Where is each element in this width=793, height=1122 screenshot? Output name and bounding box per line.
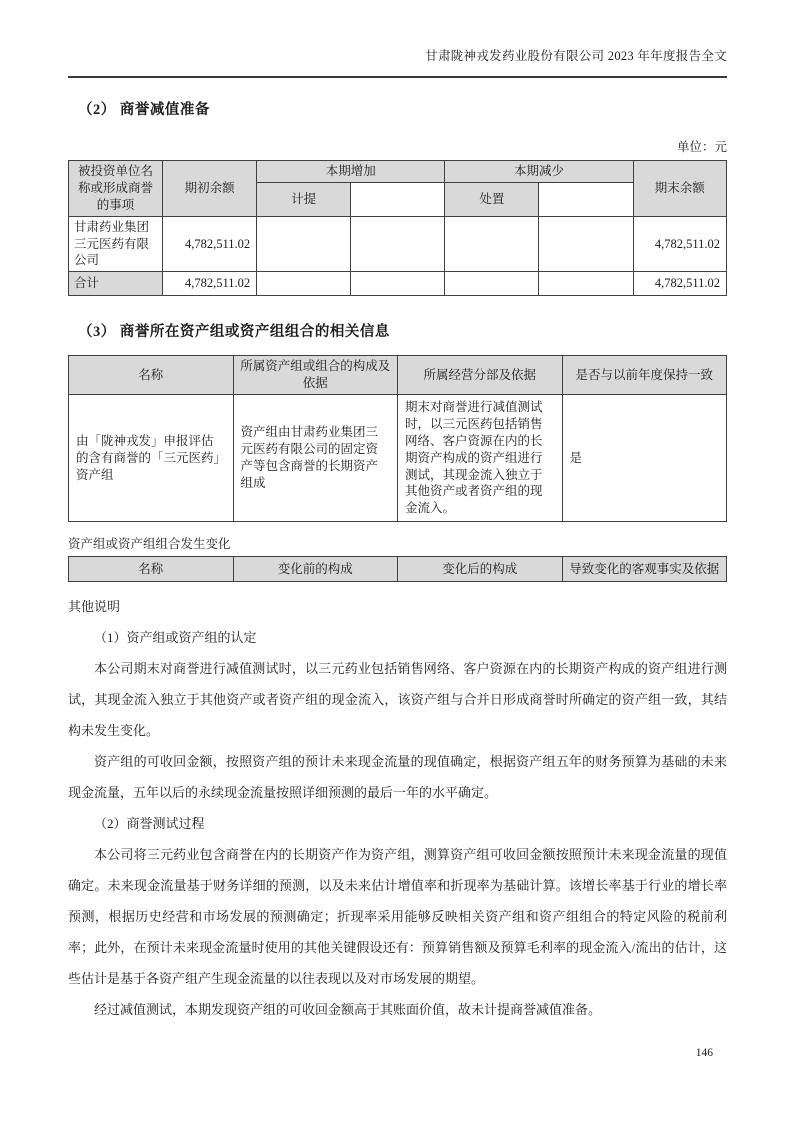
note-item2-title: （2）商誉测试过程 bbox=[68, 808, 727, 839]
cell-asset-group-name: 由「陇神戎发」申报评估的含有商誉的「三元医药」资产组 bbox=[69, 395, 234, 522]
cell-total-opening: 4,782,511.02 bbox=[163, 272, 257, 296]
col-header-name: 名称 bbox=[69, 356, 234, 395]
page-number: 146 bbox=[696, 1047, 713, 1059]
col-header-consistency: 是否与以前年度保持一致 bbox=[562, 356, 727, 395]
table-row-total: 合计 4,782,511.02 4,782,511.02 bbox=[69, 272, 727, 296]
cell-asset-group-consistent: 是 bbox=[562, 395, 727, 522]
cell-disposal bbox=[445, 216, 539, 272]
note-paragraph-2: 资产组的可收回金额，按照资产组的预计未来现金流量的现值确定，根据资产组五年的财务… bbox=[68, 746, 727, 808]
cell-closing-balance: 4,782,511.02 bbox=[633, 216, 726, 272]
col-header-current-decrease: 本期减少 bbox=[445, 161, 633, 183]
cell-total-disposal bbox=[445, 272, 539, 296]
col-header-increase-blank bbox=[351, 183, 445, 216]
note-item1-title: （1）资产组或资产组的认定 bbox=[68, 622, 727, 653]
other-notes-label: 其他说明 bbox=[68, 591, 727, 622]
cell-asset-group-segment: 期末对商誉进行减值测试时，以三元医药包括销售网络、客户资源在内的长期资产构成的资… bbox=[398, 395, 563, 522]
page-content: 甘肃陇神戎发药业股份有限公司 2023 年年度报告全文 （2） 商誉减值准备 单… bbox=[68, 0, 727, 1025]
cell-total-decrease-other bbox=[539, 272, 633, 296]
col-header-after-change: 变化后的构成 bbox=[398, 557, 563, 582]
document-header: 甘肃陇神戎发药业股份有限公司 2023 年年度报告全文 bbox=[68, 0, 727, 78]
cell-decrease-other bbox=[539, 216, 633, 272]
table-row: 甘肃药业集团三元医药有限公司 4,782,511.02 4,782,511.02 bbox=[69, 216, 727, 272]
goodwill-impairment-table: 被投资单位名称或形成商誉的事项 期初余额 本期增加 本期减少 期末余额 计提 处… bbox=[68, 160, 727, 296]
col-header-entity: 被投资单位名称或形成商誉的事项 bbox=[69, 161, 163, 217]
cell-asset-group-composition: 资产组由甘肃药业集团三元医药有限公司的固定资产等包含商誉的长期资产组成 bbox=[233, 395, 398, 522]
table-row: 由「陇神戎发」申报评估的含有商誉的「三元医药」资产组 资产组由甘肃药业集团三元医… bbox=[69, 395, 727, 522]
cell-increase-other bbox=[351, 216, 445, 272]
asset-group-change-table: 名称 变化前的构成 变化后的构成 导致变化的客观事实及依据 bbox=[68, 556, 727, 582]
col-header-decrease-blank bbox=[539, 183, 633, 216]
col-header-change-name: 名称 bbox=[69, 557, 234, 582]
cell-entity-name: 甘肃药业集团三元医药有限公司 bbox=[69, 216, 163, 272]
unit-label: 单位：元 bbox=[68, 137, 727, 155]
col-header-change-reason: 导致变化的客观事实及依据 bbox=[562, 557, 727, 582]
asset-group-info-table: 名称 所属资产组或组合的构成及依据 所属经营分部及依据 是否与以前年度保持一致 … bbox=[68, 355, 727, 522]
note-paragraph-1: 本公司期末对商誉进行减值测试时，以三元药业包括销售网络、客户资源在内的长期资产构… bbox=[68, 653, 727, 746]
cell-total-accrual bbox=[257, 272, 351, 296]
note-paragraph-3: 本公司将三元药业包含商誉在内的长期资产作为资产组，测算资产组可收回金额按照预计未… bbox=[68, 839, 727, 994]
cell-accrual bbox=[257, 216, 351, 272]
cell-total-label: 合计 bbox=[69, 272, 163, 296]
col-header-before-change: 变化前的构成 bbox=[233, 557, 398, 582]
section-heading-asset-group-info: （3） 商誉所在资产组或资产组组合的相关信息 bbox=[78, 320, 727, 341]
col-header-segment: 所属经营分部及依据 bbox=[398, 356, 563, 395]
col-header-closing-balance: 期末余额 bbox=[633, 161, 726, 217]
asset-group-change-note: 资产组或资产组组合发生变化 bbox=[68, 534, 727, 552]
cell-total-increase-other bbox=[351, 272, 445, 296]
note-paragraph-4: 经过减值测试，本期发现资产组的可收回金额高于其账面价值，故未计提商誉减值准备。 bbox=[68, 994, 727, 1025]
col-header-current-increase: 本期增加 bbox=[257, 161, 445, 183]
cell-opening-balance: 4,782,511.02 bbox=[163, 216, 257, 272]
cell-total-closing: 4,782,511.02 bbox=[633, 272, 726, 296]
col-header-composition: 所属资产组或组合的构成及依据 bbox=[233, 356, 398, 395]
col-header-disposal: 处置 bbox=[445, 183, 539, 216]
section-heading-goodwill-impairment: （2） 商誉减值准备 bbox=[78, 98, 727, 119]
report-title: 甘肃陇神戎发药业股份有限公司 2023 年年度报告全文 bbox=[425, 49, 727, 63]
col-header-accrual: 计提 bbox=[257, 183, 351, 216]
other-notes-section: 其他说明 （1）资产组或资产组的认定 本公司期末对商誉进行减值测试时，以三元药业… bbox=[68, 591, 727, 1025]
col-header-opening-balance: 期初余额 bbox=[163, 161, 257, 217]
